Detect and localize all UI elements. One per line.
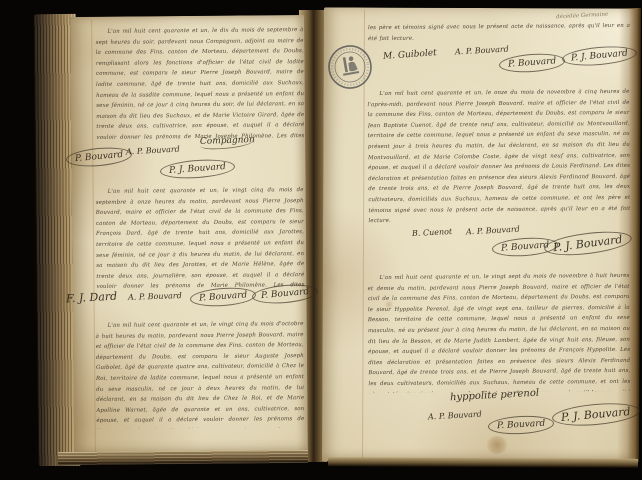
archive-stamp-icon bbox=[323, 40, 376, 93]
birth-record-act-1: L'an mil huit cent quarante et un, le di… bbox=[96, 25, 305, 141]
signature-ap-bouvard: A. P. Bouvard bbox=[128, 291, 182, 302]
scanned-register-spread: L'an mil huit cent quarante et un, le di… bbox=[0, 0, 642, 480]
birth-record-act-5: L'an mil huit cent quarante et un, le vi… bbox=[367, 271, 630, 393]
left-page-bottom-edges bbox=[58, 450, 308, 465]
birth-record-act-3: L'an mil huit cent quarante et un, le vi… bbox=[96, 319, 305, 429]
ink-stain bbox=[486, 436, 508, 454]
birth-record-act-3-continuation: les père et témoins signé avec nous le p… bbox=[368, 21, 630, 46]
right-page-bottom-edges bbox=[328, 457, 638, 468]
signature-fj-dard: F. J. Dard bbox=[66, 290, 118, 306]
birth-record-act-2: L'an mil huit cent quarante et un, le vi… bbox=[96, 185, 305, 289]
birth-record-act-4: L'an mil huit cent quarante et un, le on… bbox=[367, 87, 630, 231]
